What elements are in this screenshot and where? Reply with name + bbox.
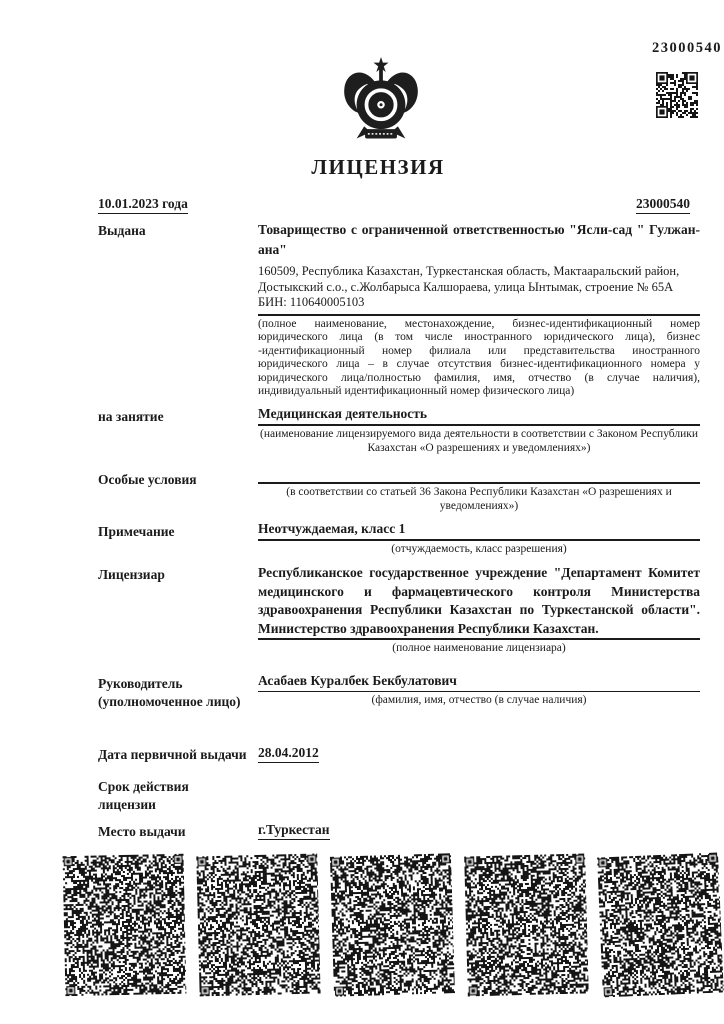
activity-value: Медицинская деятельность — [258, 406, 700, 426]
issued-to-address: 160509, Республика Казахстан, Туркестанс… — [258, 264, 700, 316]
data-matrix-barcode-icon — [597, 853, 724, 998]
head-value: Асабаев Куралбек Бекбулатович — [258, 673, 700, 692]
note-label: Примечание — [98, 521, 258, 557]
field-special-conditions: Особые условия (в соответствии со статье… — [98, 466, 700, 513]
first-issue-date-label: Дата первичной выдачи — [98, 744, 258, 764]
field-head: Руководитель (уполномоченное лицо) Асаба… — [98, 673, 700, 710]
issued-to-value: Товарищество с ограниченной ответственно… — [258, 220, 700, 259]
license-document-page: 23000540 ЛИЦЕНЗИЯ 10.01.2023 года — [0, 0, 724, 1024]
head-label: Руководитель (уполномоченное лицо) — [98, 673, 258, 710]
data-matrix-barcode-icon — [464, 853, 589, 996]
address-line: 160509, Республика Казахстан, Туркестанс… — [258, 264, 700, 295]
bin-line: БИН: 110640005103 — [258, 295, 700, 311]
licensor-label: Лицензиар — [98, 564, 258, 656]
validity-value — [258, 776, 700, 813]
data-matrix-barcode-icon — [196, 854, 320, 997]
field-activity: на занятие Медицинская деятельность (наи… — [98, 406, 700, 455]
activity-caption: (наименование лицензируемого вида деятел… — [258, 428, 700, 455]
field-validity: Срок действия лицензии — [98, 776, 700, 813]
kazakhstan-coat-of-arms-icon — [336, 56, 426, 146]
note-caption: (отчуждаемость, класс разрешения) — [258, 543, 700, 557]
data-matrix-barcode-icon — [330, 853, 455, 997]
place-of-issue-label: Место выдачи — [98, 821, 258, 841]
special-conditions-value — [258, 466, 700, 484]
license-number: 23000540 — [636, 196, 690, 214]
field-issued-to: Выдана Товарищество с ограниченной ответ… — [98, 220, 700, 399]
field-first-issue-date: Дата первичной выдачи 28.04.2012 — [98, 744, 700, 764]
document-title: ЛИЦЕНЗИЯ — [250, 155, 506, 180]
qr-code-icon — [654, 70, 700, 120]
field-note: Примечание Неотчуждаемая, класс 1 (отчуж… — [98, 521, 700, 557]
field-licensor: Лицензиар Республиканское государственно… — [98, 564, 700, 656]
issued-to-caption: (полное наименование, местонахождение, б… — [258, 318, 700, 399]
note-value: Неотчуждаемая, класс 1 — [258, 521, 700, 541]
field-place-of-issue: Место выдачи г.Туркестан — [98, 821, 700, 841]
document-corner-number: 23000540 — [652, 40, 724, 57]
special-conditions-label: Особые условия — [98, 466, 258, 513]
head-caption: (фамилия, имя, отчество (в случае наличи… — [258, 694, 700, 708]
place-of-issue-value: г.Туркестан — [258, 822, 330, 840]
licensor-caption: (полное наименование лицензиара) — [258, 642, 700, 656]
barcode-strip — [64, 855, 724, 995]
licensor-value: Республиканское государственное учрежден… — [258, 564, 700, 640]
activity-label: на занятие — [98, 406, 258, 455]
issued-to-label: Выдана — [98, 220, 258, 399]
issue-date: 10.01.2023 года — [98, 196, 188, 214]
data-matrix-barcode-icon — [63, 854, 187, 997]
date-number-row: 10.01.2023 года 23000540 — [98, 196, 700, 214]
special-conditions-caption: (в соответствии со статьей 36 Закона Рес… — [258, 486, 700, 513]
validity-label: Срок действия лицензии — [98, 776, 258, 813]
first-issue-date-value: 28.04.2012 — [258, 745, 319, 763]
